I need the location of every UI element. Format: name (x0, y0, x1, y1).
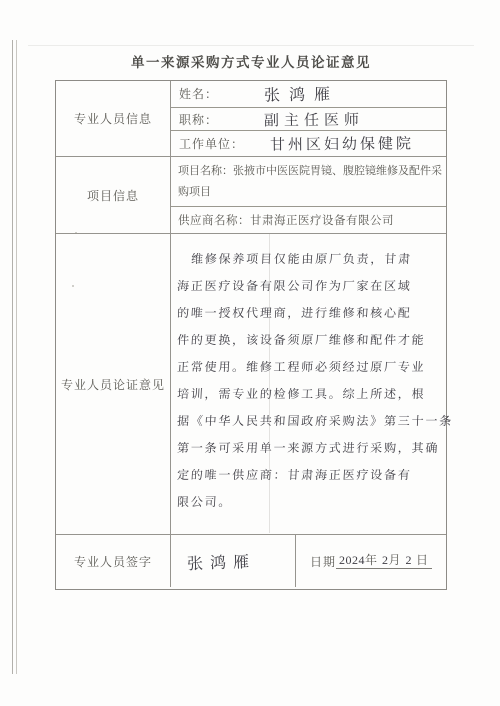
title-field-row: 职称： 副主任医师 (171, 108, 446, 132)
opinion-line: 第一条可采用单一来源方式进行采购，其确 (176, 435, 446, 462)
personnel-info-fields: 姓名： 张鸿雁 职称： 副主任医师 工作单位： 甘州区妇幼保健院 (171, 81, 446, 156)
opinion-row: 专业人员论证意见 维修保养项目仅能由原厂负责，甘肃 海正医疗设备有限公司作为厂家… (56, 234, 446, 535)
date-day-suffix: 日 (416, 553, 429, 567)
opinion-section-label: 专业人员论证意见 (56, 234, 171, 534)
name-field-handwritten-value: 张鸿雁 (264, 82, 339, 106)
signature-row: 专业人员签字 张鸿雁 日期 2024年 2月 2 日 (56, 535, 446, 587)
project-name-field: 项目名称：张掖市中医医院胃镜、腹腔镜维修及配件采购项目 (171, 157, 446, 207)
scan-page-edge-line (12, 40, 17, 674)
document-title: 单一来源采购方式专业人员论证意见 (55, 51, 447, 71)
opinion-line: 正常使用。维修工程师必须经过原厂专业 (176, 354, 446, 381)
opinion-line: 限公司。 (176, 489, 446, 516)
opinion-line: 定的唯一供应商：甘肃海正医疗设备有 (176, 462, 446, 489)
scan-artifact-line (28, 45, 474, 46)
opinion-line: 培训，需专业的检修工具。综上所述，根 (176, 381, 446, 408)
title-field-handwritten-value: 副主任医师 (264, 108, 364, 130)
scanned-document-page: 单一来源采购方式专业人员论证意见 专业人员信息 姓名： 张鸿雁 职称： 副主任医… (0, 0, 500, 706)
opinion-line: 的唯一授权代理商，进行维修和核心配 (176, 300, 446, 327)
project-name-label: 项目名称： (178, 165, 233, 177)
supplier-field: 供应商名称：甘肃海正医疗设备有限公司 (171, 207, 446, 233)
date-year-handwritten: 2024 (339, 553, 365, 567)
date-month-suffix: 月 (389, 553, 402, 567)
date-year-suffix: 年 (365, 553, 378, 567)
personnel-info-row: 专业人员信息 姓名： 张鸿雁 职称： 副主任医师 工作单位： 甘州区妇幼保健院 (56, 81, 446, 157)
supplier-label: 供应商名称： (178, 212, 250, 228)
project-info-section-label: 项目信息 (56, 157, 171, 233)
opinion-line: 据《中华人民共和国政府采购法》第三十一条 (176, 408, 446, 435)
personnel-info-section-label: 专业人员信息 (56, 81, 171, 156)
name-field-row: 姓名： 张鸿雁 (171, 81, 446, 108)
date-label: 日期 (310, 553, 336, 570)
project-info-fields: 项目名称：张掖市中医医院胃镜、腹腔镜维修及配件采购项目 供应商名称：甘肃海正医疗… (171, 157, 446, 233)
date-day-handwritten: 2 (406, 553, 413, 567)
opinion-handwritten-text: 维修保养项目仅能由原厂负责，甘肃 海正医疗设备有限公司作为厂家在区域 的唯一授权… (171, 234, 446, 534)
scan-fold-line (269, 234, 270, 533)
supplier-value: 甘肃海正医疗设备有限公司 (250, 212, 394, 228)
signature-section-label: 专业人员签字 (56, 535, 171, 587)
project-info-row: 项目信息 项目名称：张掖市中医医院胃镜、腹腔镜维修及配件采购项目 供应商名称：甘… (56, 157, 446, 234)
opinion-line: 件的更换，该设备须原厂维修和配件才能 (176, 327, 446, 354)
opinion-line: 海正医疗设备有限公司作为厂家在区域 (176, 273, 446, 300)
date-cell: 日期 2024年 2月 2 日 (296, 535, 446, 587)
title-field-label: 职称： (179, 111, 218, 128)
work-unit-field-handwritten-value: 甘州区妇幼保健院 (270, 133, 414, 155)
signature-cell: 张鸿雁 (171, 535, 296, 587)
opinion-line: 维修保养项目仅能由原厂负责，甘肃 (176, 246, 446, 273)
certification-form-table: 专业人员信息 姓名： 张鸿雁 职称： 副主任医师 工作单位： 甘州区妇幼保健院 … (55, 80, 447, 590)
work-unit-field-row: 工作单位： 甘州区妇幼保健院 (171, 131, 446, 156)
handwritten-signature: 张鸿雁 (187, 548, 257, 573)
name-field-label: 姓名： (179, 85, 218, 102)
date-filled-value: 2024年 2月 2 日 (336, 553, 432, 569)
work-unit-field-label: 工作单位： (179, 135, 244, 152)
